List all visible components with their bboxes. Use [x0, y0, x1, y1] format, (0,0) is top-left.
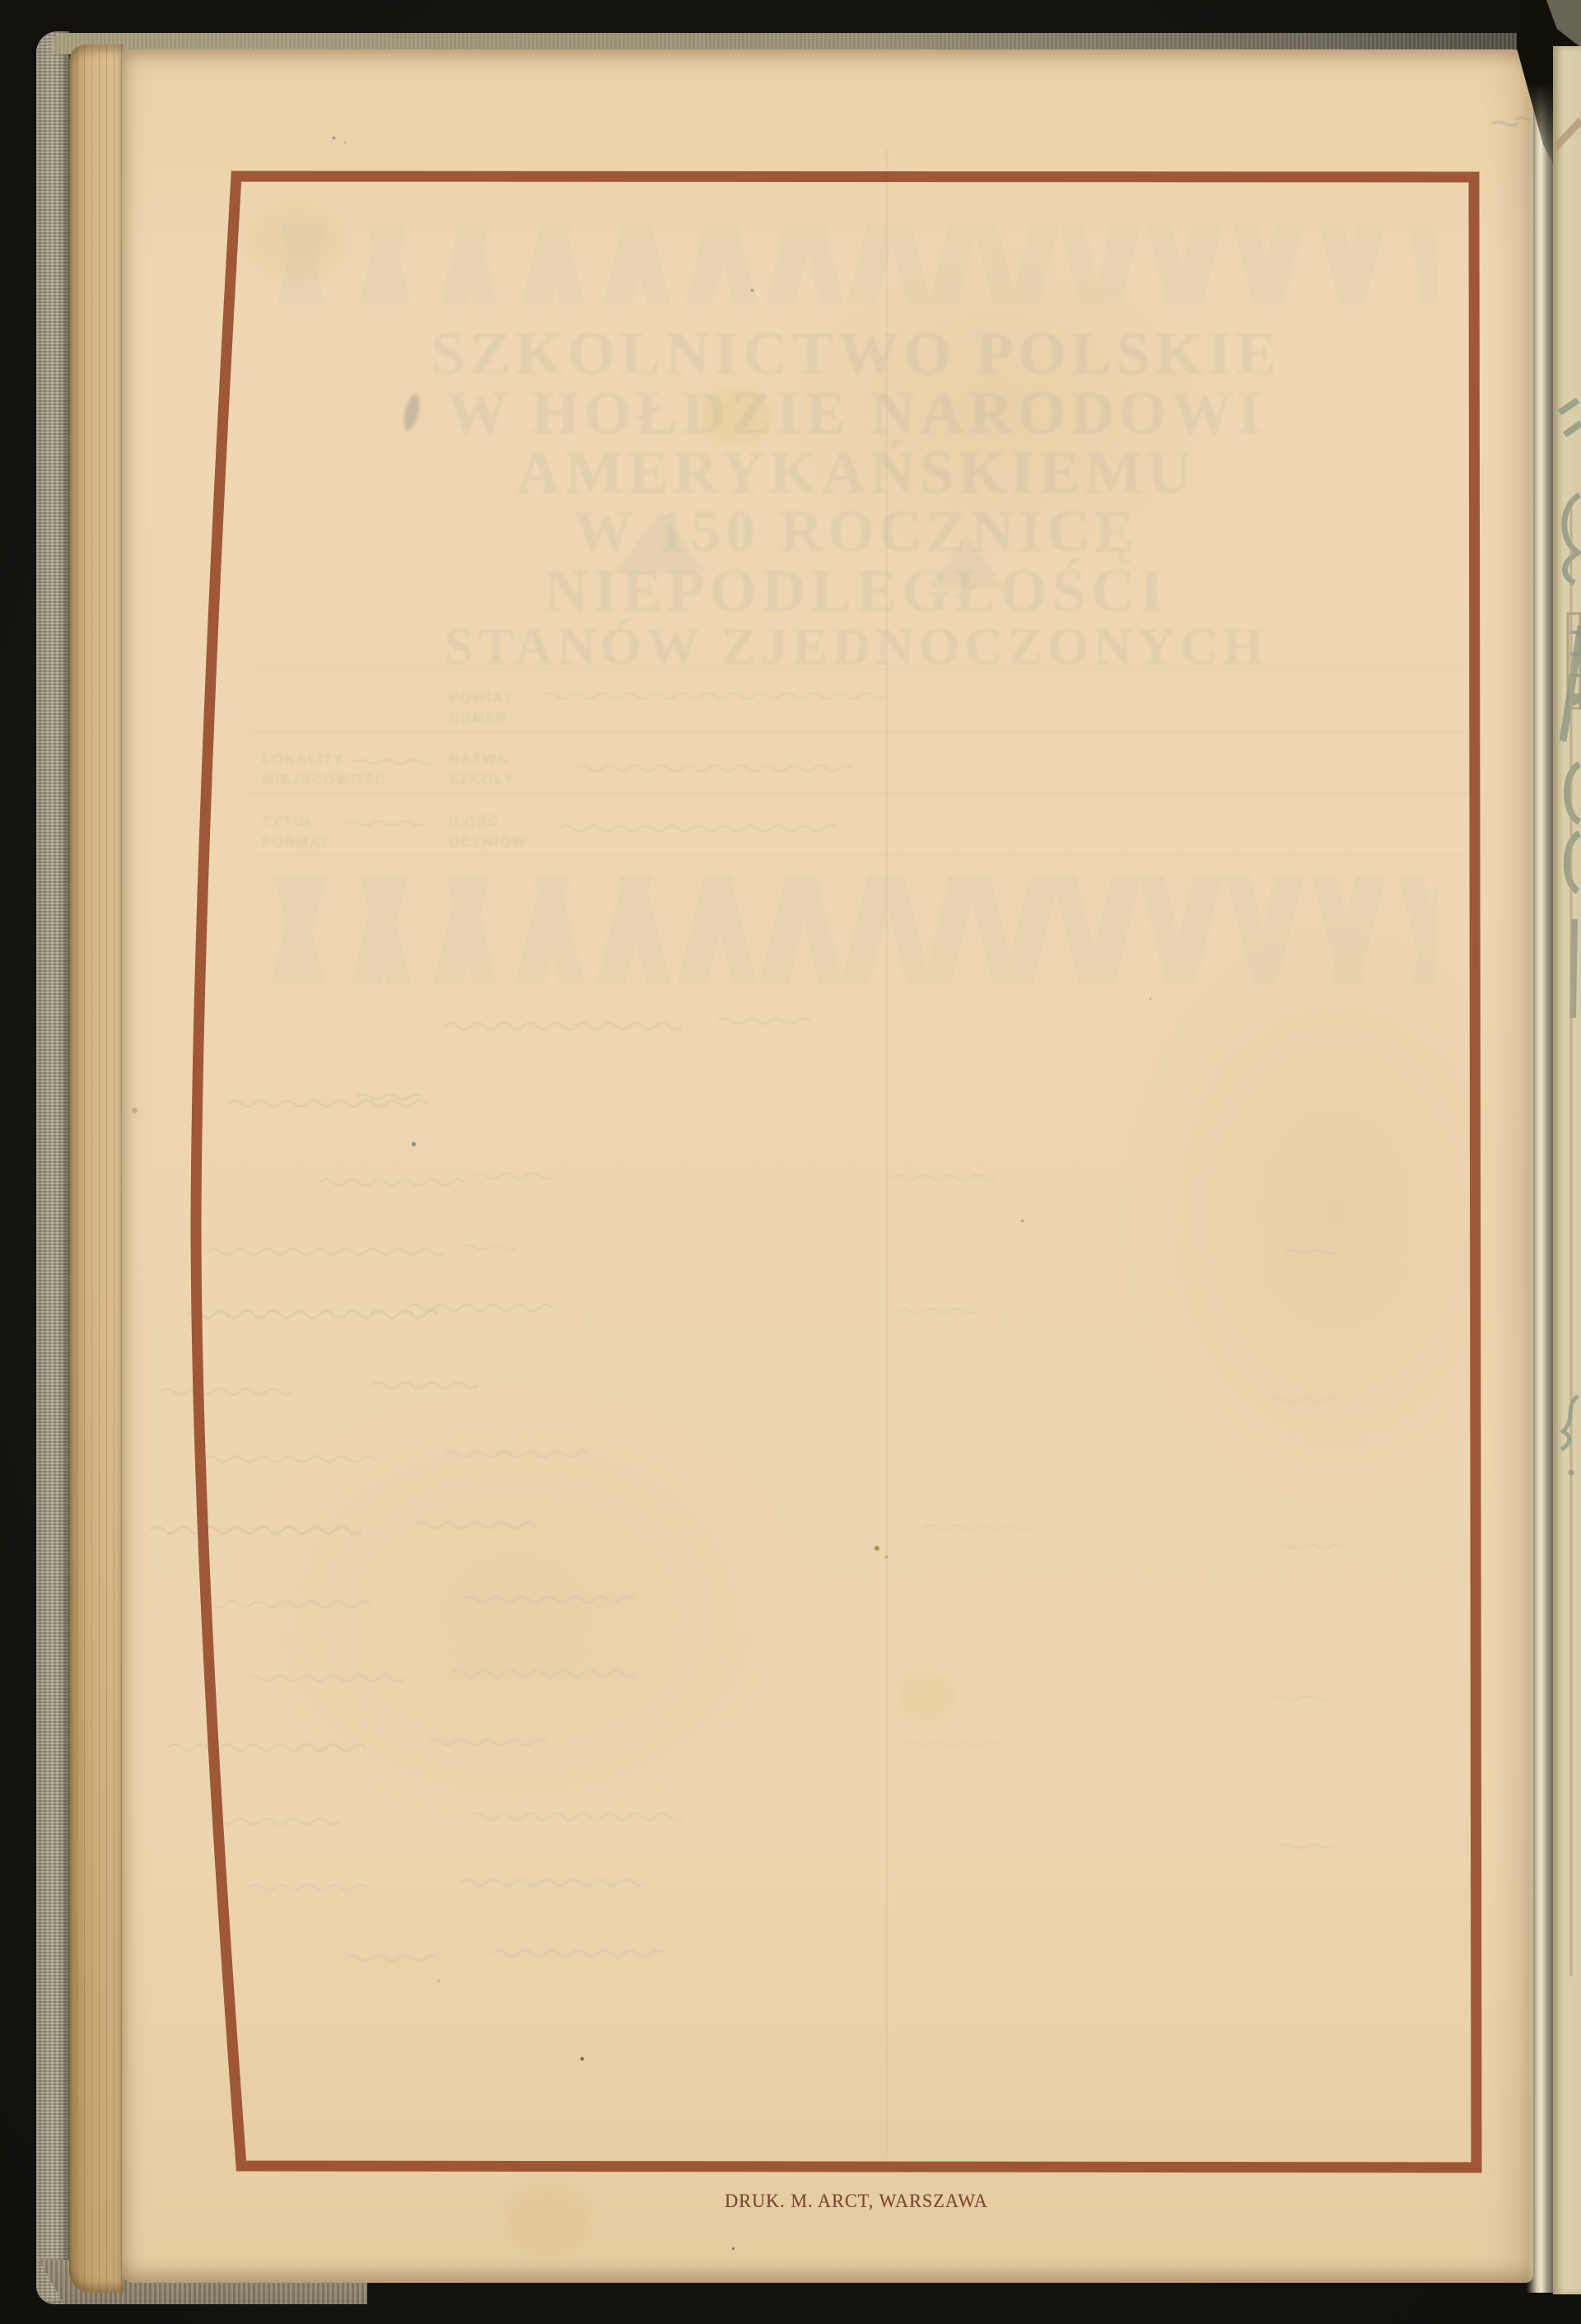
- ghost-signature-stroke: [408, 1304, 553, 1311]
- ghost-signature-stroke: [249, 1885, 367, 1890]
- scanned-book-page-photo: SZKOLNICTWO POLSKIEW HOŁDZIE NARODOWIAME…: [0, 0, 1581, 2324]
- ghost-signature-stroke: [161, 1389, 292, 1395]
- ghost-signature-stroke: [560, 826, 837, 832]
- next-page-sliver: [1553, 46, 1581, 2294]
- ghost-signature-stroke: [188, 1311, 438, 1318]
- ghost-signature-stroke: [891, 1175, 996, 1180]
- ghost-signature-stroke: [1272, 1398, 1338, 1402]
- ghost-signature-stroke: [372, 1383, 478, 1388]
- ghost-signature-stroke: [208, 1819, 339, 1825]
- ghost-signature-stroke: [463, 1597, 634, 1603]
- ghost-signature-stroke: [428, 1740, 547, 1745]
- ghost-signature-stroke: [354, 760, 433, 764]
- ghost-signature-stroke: [199, 1602, 371, 1608]
- ghost-signature-stroke: [357, 1094, 422, 1099]
- ghost-signature-stroke: [471, 1813, 682, 1820]
- ghost-signature-stroke: [904, 1743, 996, 1747]
- ghost-signature-stroke: [203, 1457, 375, 1463]
- ghost-signature-stroke: [1492, 122, 1518, 125]
- ghost-signature-stroke: [346, 1956, 438, 1961]
- ghost-signature-stroke: [451, 1670, 636, 1677]
- ghost-signature-stroke: [151, 1527, 361, 1533]
- ghost-signature-stroke: [463, 1246, 515, 1250]
- ghost-signature-stroke: [543, 693, 886, 698]
- ghost-signature-stroke: [416, 1523, 534, 1528]
- facing-page-print-fragments: [1553, 46, 1581, 2294]
- ghost-signature-stroke: [473, 1174, 553, 1178]
- ghost-signature-stroke: [898, 1309, 977, 1314]
- ghost-signature-stroke: [924, 1525, 1029, 1530]
- ghost-signature-stroke: [346, 822, 425, 826]
- ghost-signature-stroke: [1275, 1696, 1327, 1700]
- ghost-signature-stroke: [247, 1676, 405, 1682]
- ghost-signature-stroke: [492, 1951, 664, 1957]
- ghost-signature-stroke: [445, 1452, 590, 1458]
- show-through-signatures: [0, 0, 1581, 2324]
- ghost-signature-stroke: [718, 1019, 810, 1024]
- ghost-signature-stroke: [461, 1880, 646, 1886]
- gutter-crease: [1527, 44, 1553, 2293]
- ghost-signature-stroke: [319, 1179, 464, 1186]
- ghost-signature-stroke: [445, 1023, 682, 1029]
- ghost-signature-stroke: [1280, 1845, 1333, 1848]
- ghost-signature-stroke: [1285, 1250, 1337, 1253]
- ghost-signature-stroke: [208, 1249, 445, 1255]
- ghost-signature-stroke: [228, 1101, 426, 1107]
- ghost-signature-stroke: [1278, 1545, 1344, 1548]
- ghost-signature-stroke: [576, 766, 853, 772]
- ghost-signature-stroke: [168, 1744, 366, 1751]
